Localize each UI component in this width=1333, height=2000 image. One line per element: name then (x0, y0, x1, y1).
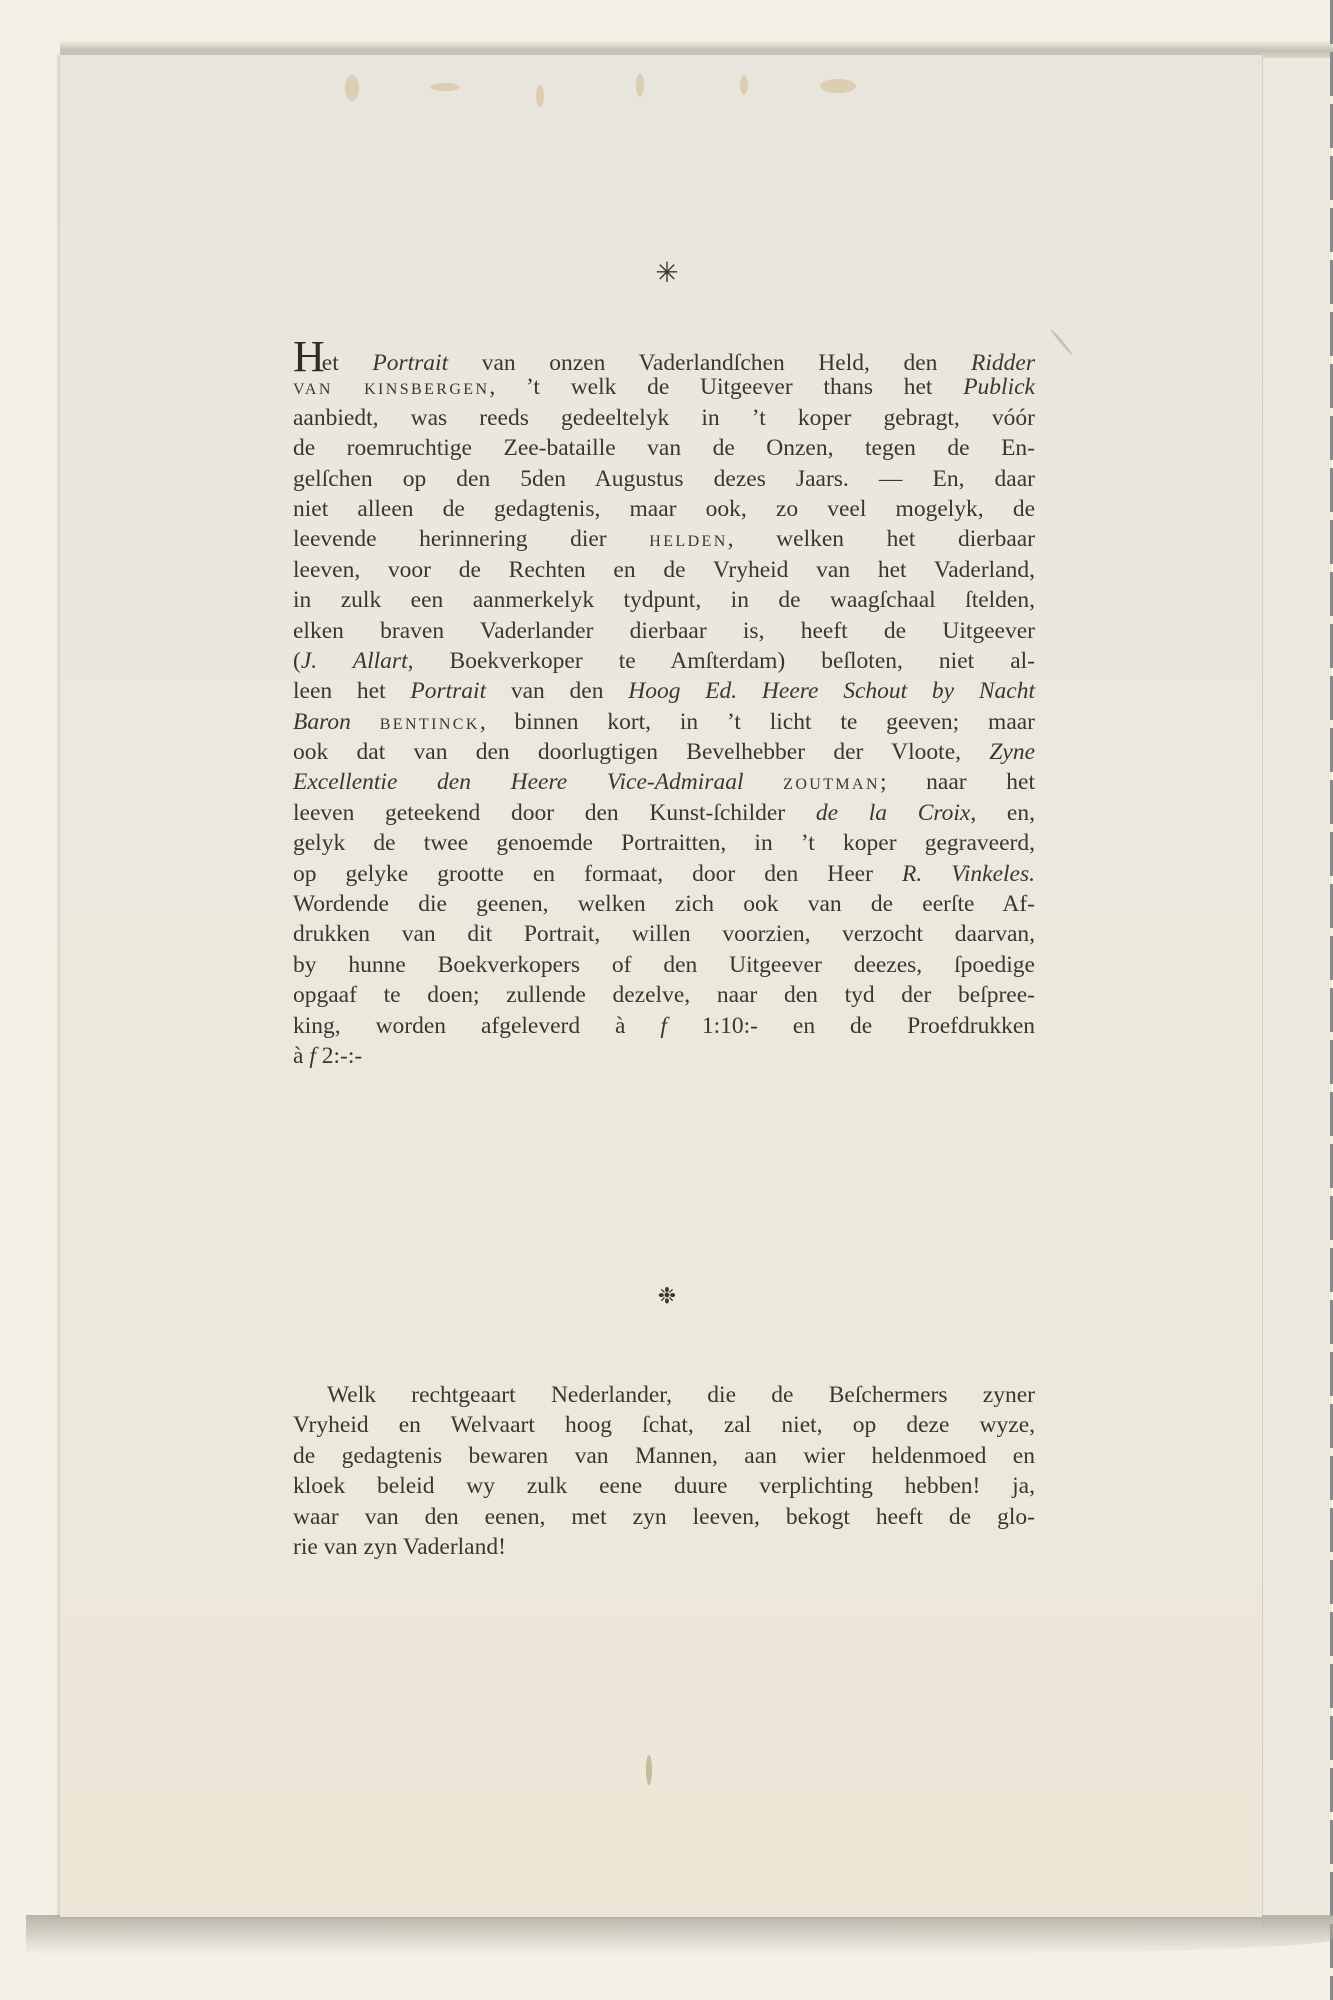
text-run: ; naar het (880, 769, 1035, 795)
text-line: by hunne Boekverkopers of den Uitgeever … (293, 950, 1035, 980)
text-line: waar van den eenen, met zyn leeven, beko… (293, 1502, 1035, 1532)
foxing-stain (740, 75, 748, 95)
text-run: Wordende die geenen, welken zich ook van… (293, 891, 1035, 917)
text-line: kloek beleid wy zulk eene duure verplich… (293, 1471, 1035, 1501)
text-line: Vryheid en Welvaart hoog ſchat, zal niet… (293, 1410, 1035, 1440)
italic-text: Baron (293, 709, 351, 735)
text-run (351, 709, 380, 735)
ornament-star-icon: ✳ (652, 258, 682, 288)
text-run: gelſchen op den 5den Augustus dezes Jaar… (293, 466, 1035, 492)
foxing-stain (430, 83, 460, 91)
italic-text: Portrait (410, 678, 486, 704)
italic-text: Excellentie den Heere Vice-Admiraal (293, 769, 743, 795)
text-line: aanbiedt, was reeds gedeeltelyk in ’t ko… (293, 403, 1035, 433)
text-run: kloek beleid wy zulk eene duure verplich… (293, 1473, 1035, 1499)
page-bottom-shadow (26, 1915, 1333, 1955)
text-run: elken braven Vaderlander dierbaar is, he… (293, 618, 1035, 644)
text-line: rie van zyn Vaderland! (293, 1532, 1035, 1562)
text-run: de roemruchtige Zee-bataille van de Onze… (293, 435, 1035, 461)
text-run (743, 769, 783, 795)
text-line: king, worden afgeleverd à f 1:10:- en de… (293, 1011, 1035, 1041)
paragraph-tribute: Welk rechtgeaart Nederlander, die de Beſ… (293, 1380, 1035, 1562)
small-caps-text: helden (649, 533, 727, 550)
text-line: drukken van dit Portrait, willen voorzie… (293, 919, 1035, 949)
italic-text: Hoog Ed. Heere Schout by Nacht (628, 678, 1035, 704)
italic-text: Publick (963, 374, 1035, 400)
text-run: , ’t welk de Uitgeever thans het (489, 374, 963, 400)
text-line: leeven, voor de Rechten en de Vryheid va… (293, 555, 1035, 585)
foxing-stain (536, 85, 544, 107)
text-run: , welken het dierbaar (728, 526, 1035, 552)
text-run: drukken van dit Portrait, willen voorzie… (293, 921, 1035, 947)
ornament-flower-icon: ❉ (653, 1284, 681, 1310)
text-line: Baron bentinck, binnen kort, in ’t licht… (293, 707, 1035, 737)
text-line: Welk rechtgeaart Nederlander, die de Beſ… (293, 1380, 1035, 1410)
text-line: à f 2:-:- (293, 1041, 1035, 1071)
text-line: de roemruchtige Zee-bataille van de Onze… (293, 433, 1035, 463)
text-run: aanbiedt, was reeds gedeeltelyk in ’t ko… (293, 405, 1035, 431)
text-run: leeven, voor de Rechten en de Vryheid va… (293, 557, 1035, 583)
text-line: in zulk een aanmerkelyk tydpunt, in de w… (293, 585, 1035, 615)
text-run: ( (293, 648, 301, 674)
foxing-stain (820, 79, 856, 93)
foxing-stain (646, 1755, 652, 1785)
text-run: 1:10:- en de Proefdrukken (667, 1013, 1035, 1039)
text-line: op gelyke grootte en formaat, door den H… (293, 859, 1035, 889)
text-run: de gedagtenis bewaren van Mannen, aan wi… (293, 1443, 1035, 1469)
text-run: , en, (970, 800, 1035, 826)
text-run: ook dat van den doorlugtigen Bevelhebber… (293, 739, 989, 765)
underlying-sheet-edge (1262, 58, 1331, 1930)
small-caps-text: van kinsbergen (293, 381, 489, 398)
text-run: niet alleen de gedagtenis, maar ook, zo … (293, 496, 1035, 522)
text-run: waar van den eenen, met zyn leeven, beko… (293, 1504, 1035, 1530)
paragraph-announcement: Het Portrait van onzen Vaderlandſchen He… (293, 342, 1035, 1071)
text-run: , binnen kort, in ’t licht te geeven; ma… (480, 709, 1035, 735)
text-run: Welk rechtgeaart Nederlander, die de Beſ… (327, 1382, 1035, 1408)
italic-text: R. Vinkeles. (902, 861, 1035, 887)
text-line: Excellentie den Heere Vice-Admiraal zout… (293, 767, 1035, 797)
text-line: gelſchen op den 5den Augustus dezes Jaar… (293, 464, 1035, 494)
foxing-stain (636, 73, 644, 97)
small-caps-text: zoutman (783, 776, 880, 793)
text-run: , Boekverkoper te Amſterdam) beſloten, n… (408, 648, 1035, 674)
text-line: Het Portrait van onzen Vaderlandſchen He… (293, 342, 1035, 372)
text-line: (J. Allart, Boekverkoper te Amſterdam) b… (293, 646, 1035, 676)
text-run: in zulk een aanmerkelyk tydpunt, in de w… (293, 587, 1035, 613)
text-line: Wordende die geenen, welken zich ook van… (293, 889, 1035, 919)
text-run: by hunne Boekverkopers of den Uitgeever … (293, 952, 1035, 978)
text-line: leevende herinnering dier helden, welken… (293, 524, 1035, 554)
text-run: leen het (293, 678, 410, 704)
text-line: de gedagtenis bewaren van Mannen, aan wi… (293, 1441, 1035, 1471)
text-run: king, worden afgeleverd à (293, 1013, 660, 1039)
text-line: opgaaf te doen; zullende dezelve, naar d… (293, 980, 1035, 1010)
italic-text: de la Croix (816, 800, 971, 826)
text-run: op gelyke grootte en formaat, door den H… (293, 861, 902, 887)
text-run: à (293, 1043, 309, 1069)
foxing-stain (345, 75, 359, 101)
text-line: niet alleen de gedagtenis, maar ook, zo … (293, 494, 1035, 524)
text-run: gelyk de twee genoemde Portraitten, in ’… (293, 830, 1035, 856)
text-line: elken braven Vaderlander dierbaar is, he… (293, 616, 1035, 646)
text-run: van den (486, 678, 628, 704)
text-run: opgaaf te doen; zullende dezelve, naar d… (293, 982, 1035, 1008)
text-run: 2:-:- (316, 1043, 362, 1069)
text-line: leen het Portrait van den Hoog Ed. Heere… (293, 676, 1035, 706)
text-line: ook dat van den doorlugtigen Bevelhebber… (293, 737, 1035, 767)
text-run: leevende herinnering dier (293, 526, 649, 552)
text-line: leeven geteekend door den Kunst-ſchilder… (293, 798, 1035, 828)
text-run: leeven geteekend door den Kunst-ſchilder (293, 800, 816, 826)
text-run: rie van zyn Vaderland! (293, 1534, 506, 1560)
pencil-mark (1049, 328, 1073, 356)
small-caps-text: bentinck (380, 716, 480, 733)
text-line: gelyk de twee genoemde Portraitten, in ’… (293, 828, 1035, 858)
italic-text: J. Allart (301, 648, 408, 674)
italic-text: Zyne (989, 739, 1035, 765)
text-line: van kinsbergen, ’t welk de Uitgeever tha… (293, 372, 1035, 402)
text-run: Vryheid en Welvaart hoog ſchat, zal niet… (293, 1412, 1035, 1438)
